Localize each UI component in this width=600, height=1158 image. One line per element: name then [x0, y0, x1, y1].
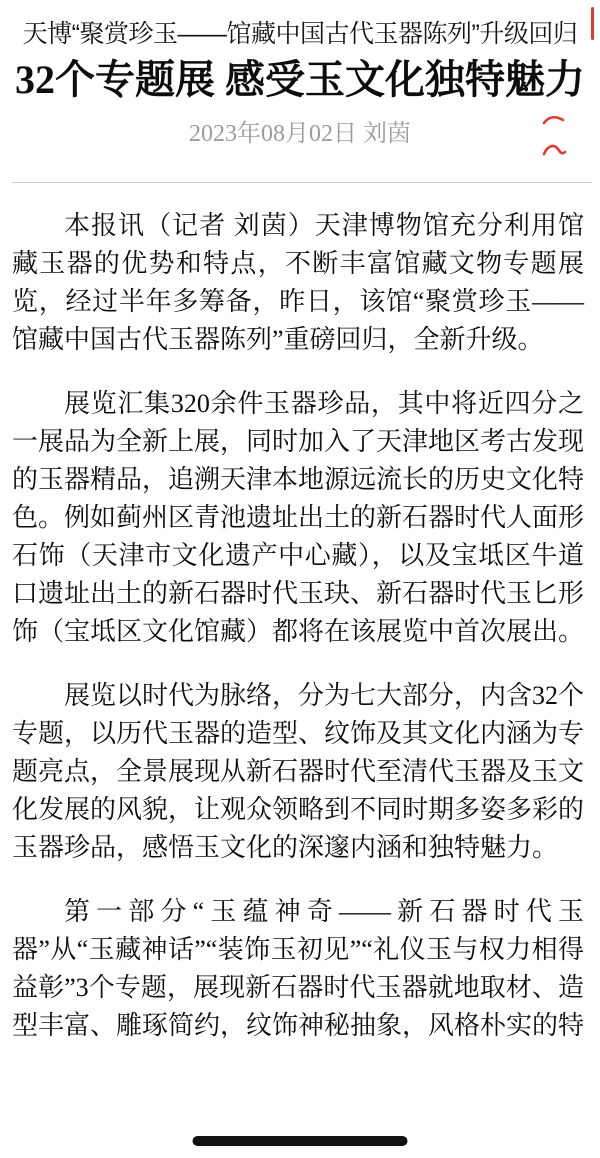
red-annotation-bar-icon	[591, 7, 594, 40]
article-body: 本报讯（记者 刘茵）天津博物馆充分利用馆藏玉器的优势和特点，不断丰富馆藏文物专题…	[0, 183, 600, 1038]
article-paragraph: 本报讯（记者 刘茵）天津博物馆充分利用馆藏玉器的优势和特点，不断丰富馆藏文物专题…	[12, 207, 584, 359]
red-proof-marks-icon	[542, 113, 568, 165]
article-header: 天博“聚赏珍玉——馆藏中国古代玉器陈列”升级回归 32个专题展 感受玉文化独特魅…	[0, 17, 600, 183]
article-supertitle: 天博“聚赏珍玉——馆藏中国古代玉器陈列”升级回归	[0, 17, 600, 51]
article-title: 32个专题展 感受玉文化独特魅力	[0, 56, 600, 104]
home-indicator[interactable]	[193, 1136, 408, 1146]
article-date-byline: 2023年08月02日 刘茵	[0, 119, 600, 149]
article-paragraph: 展览以时代为脉络，分为七大部分，内含32个专题，以历代玉器的造型、纹饰及其文化内…	[12, 677, 584, 867]
article-paragraph: 第一部分“玉蕴神奇——新石器时代玉器”从“玉藏神话”“装饰玉初见”“礼仪玉与权力…	[12, 893, 584, 1038]
article-paragraph: 展览汇集320余件玉器珍品，其中将近四分之一展品为全新上展，同时加入了天津地区考…	[12, 385, 584, 651]
article-page: 天博“聚赏珍玉——馆藏中国古代玉器陈列”升级回归 32个专题展 感受玉文化独特魅…	[0, 0, 600, 1158]
